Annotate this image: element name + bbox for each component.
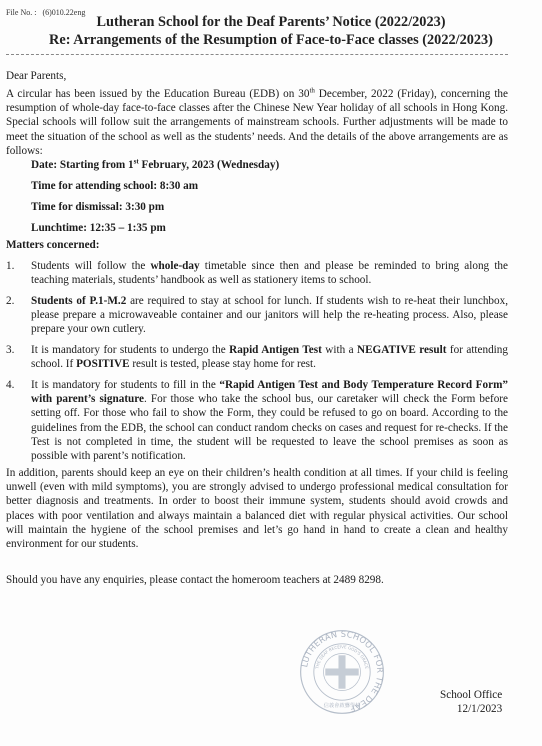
stamp-chinese-text: 信義會啟聾學校 (324, 701, 362, 709)
bold-text: Students of P.1-M.2 (31, 295, 126, 307)
arrangement-lunchtime: Lunchtime: 12:35 – 1:35 pm (31, 222, 166, 234)
arrangement-date: Date: Starting from 1st February, 2023 (… (31, 159, 279, 171)
matter-item-1: 1. Students will follow the whole-day ti… (6, 259, 508, 287)
addition-paragraph: In addition, parents should keep an eye … (6, 466, 508, 551)
intro-text-a: A circular has been issued by the Educat… (6, 88, 309, 100)
matter-number: 4. (6, 378, 14, 392)
school-seal-stamp: LUTHERAN SCHOOL FOR THE DEAF THE DEAF RE… (298, 628, 386, 716)
matter-text: It is mandatory for students to fill in … (31, 378, 508, 463)
greeting: Dear Parents, (6, 69, 508, 83)
matter-number: 2. (6, 294, 14, 308)
text: result is tested, please stay home for r… (130, 358, 316, 370)
matter-item-4: 4. It is mandatory for students to fill … (6, 378, 508, 463)
matters-heading: Matters concerned: (6, 239, 100, 251)
text: Students will follow the (31, 260, 150, 272)
notice-title: Lutheran School for the Deaf Parents’ No… (0, 14, 542, 31)
header-divider (6, 54, 508, 55)
date-text-a: Date: Starting from 1 (31, 159, 134, 171)
matter-text: Students will follow the whole-day timet… (31, 259, 508, 287)
text: It is mandatory for students to undergo … (31, 344, 229, 356)
signature-office: School Office (440, 688, 502, 702)
bold-text: Rapid Antigen Test (229, 344, 322, 356)
bold-text: POSITIVE (76, 358, 129, 370)
notice-subject: Re: Arrangements of the Resumption of Fa… (0, 32, 542, 49)
matter-item-2: 2. Students of P.1-M.2 are required to s… (6, 294, 508, 337)
arrangement-dismissal-time: Time for dismissal: 3:30 pm (31, 201, 164, 213)
enquiries-text: Should you have any enquiries, please co… (6, 573, 508, 587)
signature-date: 12/1/2023 (440, 702, 502, 716)
matter-number: 1. (6, 259, 14, 273)
date-text-b: February, 2023 (Wednesday) (139, 159, 279, 171)
matter-number: 3. (6, 343, 14, 357)
intro-paragraph: A circular has been issued by the Educat… (6, 87, 508, 158)
arrangement-attend-time: Time for attending school: 8:30 am (31, 180, 198, 192)
matter-text: Students of P.1-M.2 are required to stay… (31, 294, 508, 337)
notice-page: File No. :(6)010.22eng Lutheran School f… (0, 0, 542, 746)
bold-text: whole-day (150, 260, 199, 272)
matter-text: It is mandatory for students to undergo … (31, 343, 508, 371)
bold-text: NEGATIVE result (357, 344, 446, 356)
text: with a (322, 344, 357, 356)
signature-block: School Office 12/1/2023 (440, 688, 502, 716)
text: It is mandatory for students to fill in … (31, 379, 219, 391)
matter-item-3: 3. It is mandatory for students to under… (6, 343, 508, 371)
